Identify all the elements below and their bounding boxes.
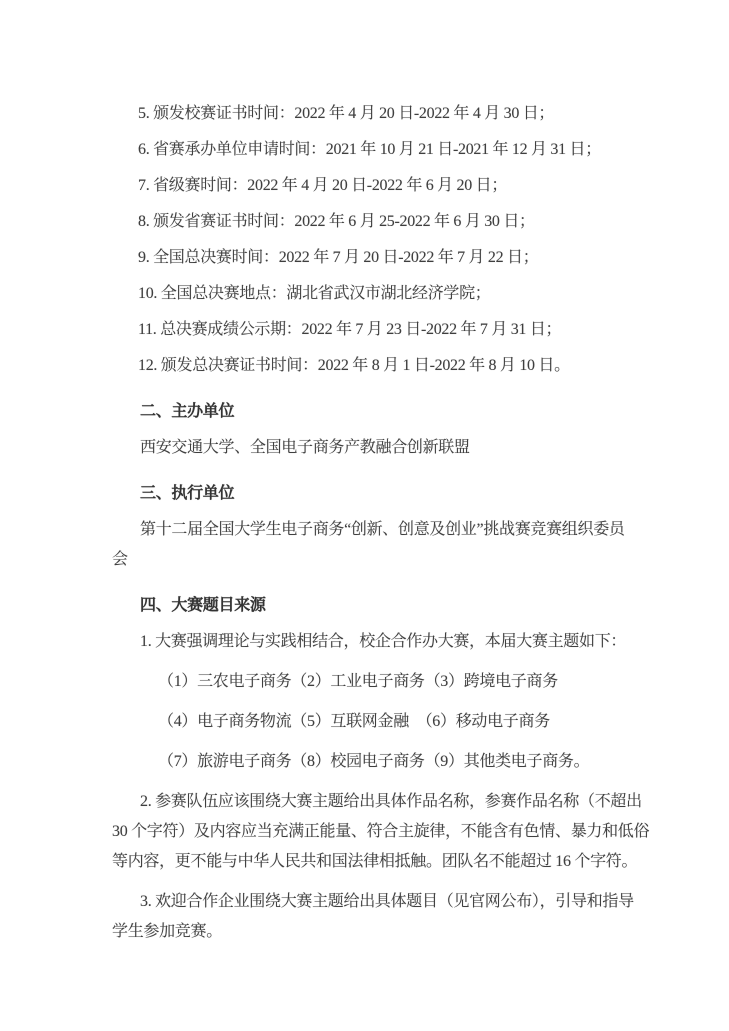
- executing-unit-line-1: 第十二届全国大学生电子商务“创新、创意及创业”挑战赛竞赛组织委员: [112, 515, 671, 545]
- topic-source-item-2-line-2: 30 个字符）及内容应当充满正能量、符合主旋律，不能含有色情、暴力和低俗: [112, 817, 671, 847]
- schedule-item-9: 9. 全国总决赛时间：2022 年 7 月 20 日-2022 年 7 月 22…: [112, 243, 671, 273]
- schedule-item-8: 8. 颁发省赛证书时间：2022 年 6 月 25-2022 年 6 月 30 …: [112, 207, 671, 237]
- theme-list-row-3: （7）旅游电子商务（8）校园电子商务（9）其他类电子商务。: [112, 747, 671, 777]
- topic-source-item-2-line-1: 2. 参赛队伍应该围绕大赛主题给出具体作品名称，参赛作品名称（不超出: [112, 787, 671, 817]
- document-page: 5. 颁发校赛证书时间：2022 年 4 月 20 日-2022 年 4 月 3…: [0, 0, 729, 1031]
- section-heading-organizer: 二、主办单位: [112, 397, 671, 427]
- topic-source-item-2-line-3: 等内容，更不能与中华人民共和国法律相抵触。团队名不能超过 16 个字符。: [112, 847, 671, 877]
- topic-source-item-1: 1. 大赛强调理论与实践相结合，校企合作办大赛，本届大赛主题如下：: [112, 627, 671, 657]
- schedule-item-7: 7. 省级赛时间：2022 年 4 月 20 日-2022 年 6 月 20 日…: [112, 171, 671, 201]
- schedule-item-10: 10. 全国总决赛地点：湖北省武汉市湖北经济学院；: [112, 279, 671, 309]
- topic-source-item-3-line-1: 3. 欢迎合作企业围绕大赛主题给出具体题目（见官网公布），引导和指导: [112, 887, 671, 917]
- topic-source-item-3-line-2: 学生参加竞赛。: [112, 917, 671, 947]
- organizer-names: 西安交通大学、全国电子商务产教融合创新联盟: [112, 433, 671, 463]
- schedule-item-6: 6. 省赛承办单位申请时间：2021 年 10 月 21 日-2021 年 12…: [112, 135, 671, 165]
- document-content: 5. 颁发校赛证书时间：2022 年 4 月 20 日-2022 年 4 月 3…: [112, 99, 671, 947]
- schedule-item-11: 11. 总决赛成绩公示期：2022 年 7 月 23 日-2022 年 7 月 …: [112, 315, 671, 345]
- section-heading-topic-source: 四、大赛题目来源: [112, 591, 671, 621]
- theme-list-row-2: （4）电子商务物流（5）互联网金融 （6）移动电子商务: [112, 707, 671, 737]
- schedule-item-5: 5. 颁发校赛证书时间：2022 年 4 月 20 日-2022 年 4 月 3…: [112, 99, 671, 129]
- executing-unit-line-2: 会: [112, 545, 671, 575]
- theme-list-row-1: （1）三农电子商务（2）工业电子商务（3）跨境电子商务: [112, 667, 671, 697]
- schedule-item-12: 12. 颁发总决赛证书时间：2022 年 8 月 1 日-2022 年 8 月 …: [112, 351, 671, 381]
- section-heading-executing-unit: 三、执行单位: [112, 479, 671, 509]
